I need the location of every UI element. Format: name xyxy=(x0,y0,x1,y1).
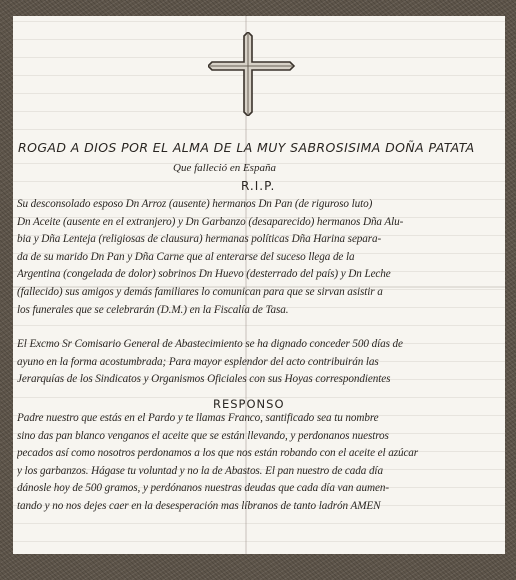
text-line: ayuno en la forma acostumbrada; Para may… xyxy=(17,354,503,372)
text-line: y los garbanzos. Hágase tu voluntad y no… xyxy=(17,463,503,481)
text-line: pecados así como nosotros perdonamos a l… xyxy=(17,445,503,463)
text-line: da de su marido Dn Pan y Dña Carne que a… xyxy=(17,249,503,267)
rip-label: R.I.P. xyxy=(241,179,275,193)
text-line: El Excmo Sr Comisario General de Abastec… xyxy=(17,336,503,354)
text-line: Padre nuestro que estás en el Pardo y te… xyxy=(17,410,503,428)
text-line: dánosle hoy de 500 gramos, y perdónanos … xyxy=(17,480,503,498)
text-line: Dn Aceite (ausente en el extranjero) y D… xyxy=(17,214,503,232)
text-line: sino das pan blanco venganos el aceite q… xyxy=(17,428,503,446)
text-line: Argentina (congelada de dolor) sobrinos … xyxy=(17,266,503,284)
document-subheading: Que falleció en España xyxy=(173,162,276,174)
cross-icon xyxy=(208,32,298,116)
text-line: Jerarquías de los Sindicatos y Organismo… xyxy=(17,371,503,389)
document-heading: ROGAD A DIOS POR EL ALMA DE LA MUY SABRO… xyxy=(18,140,500,155)
obituary-paragraph: Su desconsolado esposo Dn Arroz (ausente… xyxy=(17,196,503,319)
text-line: (fallecido) sus amigos y demás familiare… xyxy=(17,284,503,302)
handwritten-document: ROGAD A DIOS POR EL ALMA DE LA MUY SABRO… xyxy=(13,16,505,554)
prayer-paragraph: Padre nuestro que estás en el Pardo y te… xyxy=(17,410,503,516)
text-line: bia y Dña Lenteja (religiosas de clausur… xyxy=(17,231,503,249)
responso-title: RESPONSO xyxy=(213,397,285,411)
text-line: tando y no nos dejes caer en la desesper… xyxy=(17,498,503,516)
announcement-paragraph: El Excmo Sr Comisario General de Abastec… xyxy=(17,336,503,389)
text-line: los funerales que se celebrarán (D.M.) e… xyxy=(17,302,503,320)
text-line: Su desconsolado esposo Dn Arroz (ausente… xyxy=(17,196,503,214)
